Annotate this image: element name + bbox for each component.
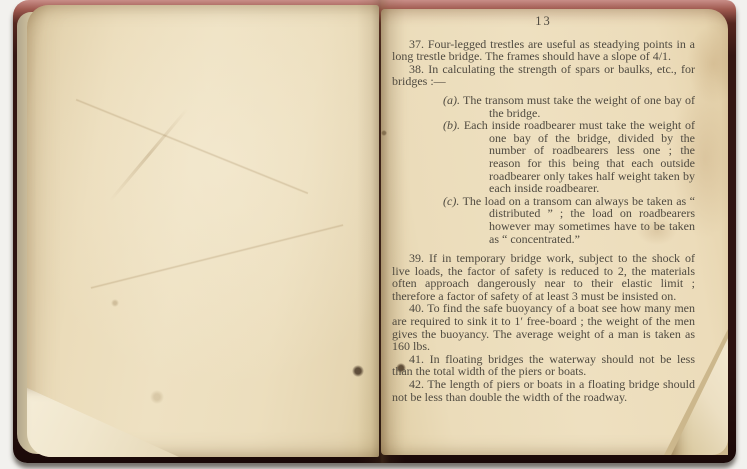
book-scan: 13 37. Four-legged trestles are useful a…	[0, 0, 747, 469]
paragraph-38: 38. In calculating the strength of spars…	[392, 63, 695, 88]
paragraph-text: Four-legged trestles are useful as stead…	[392, 37, 695, 64]
list-item-label: (a).	[443, 93, 460, 107]
paper-crease	[109, 108, 188, 202]
list-item-text: The load on a transom can always be take…	[463, 194, 695, 246]
list-item-a: (a). The transom must take the weight of…	[392, 94, 695, 119]
paragraph-39: 39. If in temporary bridge work, subject…	[392, 252, 695, 302]
folded-corner-left	[27, 381, 179, 457]
right-page: 13 37. Four-legged trestles are useful a…	[381, 9, 728, 455]
list-item-text: The transom must take the weight of one …	[463, 93, 695, 120]
list-item-c: (c). The load on a transom can always be…	[392, 195, 695, 245]
paragraph-text: In calculating the strength of spars or …	[392, 62, 695, 89]
list-item-text: Each inside roadbearer must take the wei…	[464, 118, 695, 195]
paper-crease	[90, 224, 343, 290]
paragraph-40: 40. To find the safe buoyancy of a boat …	[392, 302, 695, 352]
left-page-blank	[27, 5, 379, 457]
page-content: 13 37. Four-legged trestles are useful a…	[392, 12, 695, 403]
paper-crease	[76, 98, 309, 194]
list-item-label: (b).	[443, 118, 460, 132]
paragraph-37: 37. Four-legged trestles are useful as s…	[392, 38, 695, 63]
paragraph-text: The length of piers or boats in a floati…	[392, 377, 695, 404]
page-number: 13	[392, 15, 695, 28]
list-item-label: (c).	[443, 194, 459, 208]
list-item-b: (b). Each inside roadbearer must take th…	[392, 119, 695, 195]
paragraph-text: In floating bridges the waterway should …	[392, 352, 695, 379]
paragraph-41: 41. In floating bridges the waterway sho…	[392, 353, 695, 378]
paragraph-42: 42. The length of piers or boats in a fl…	[392, 378, 695, 403]
paragraph-text: If in temporary bridge work, subject to …	[392, 251, 695, 303]
paragraph-text: To find the safe buoyancy of a boat see …	[392, 301, 695, 353]
